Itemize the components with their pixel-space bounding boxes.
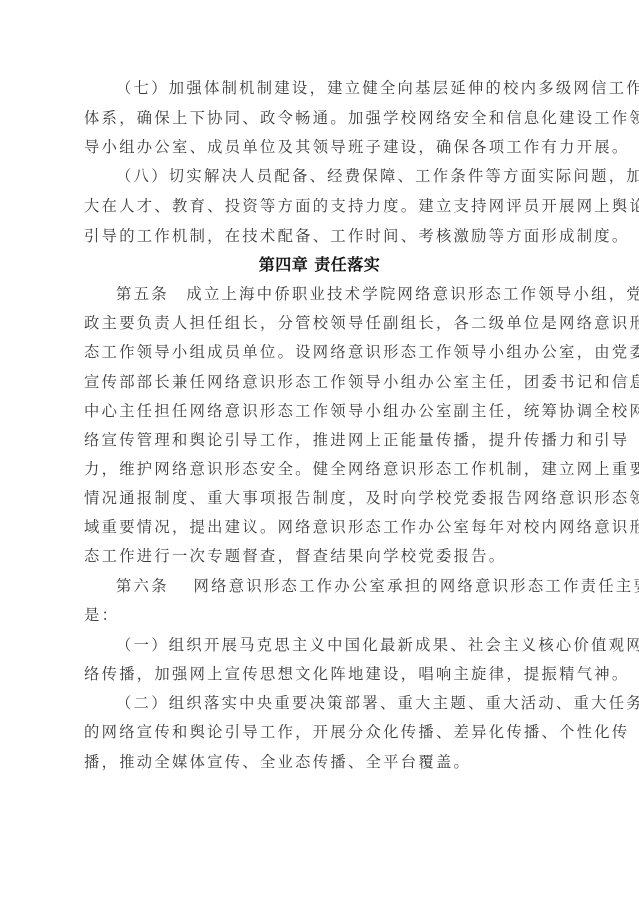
chapter-heading: 第四章 责任落实 bbox=[0, 253, 639, 277]
text-line: 情况通报制度、重大事项报告制度，及时向学校党委报告网络意识形态领 bbox=[84, 486, 564, 510]
text-line: 态工作进行一次专题督查，督查结果向学校党委报告。 bbox=[84, 544, 564, 568]
text-line: 的网络宣传和舆论引导工作，开展分众化传播、差异化传播、个性化传 bbox=[84, 720, 564, 744]
text-line: 中心主任担任网络意识形态工作领导小组办公室副主任，统筹协调全校网 bbox=[84, 399, 564, 423]
text-line: 大在人才、教育、投资等方面的支持力度。建立支持网评员开展网上舆论 bbox=[84, 194, 564, 218]
text-line: （一）组织开展马克思主义中国化最新成果、社会主义核心价值观网 bbox=[116, 633, 564, 657]
text-line: （二）组织落实中央重要决策部署、重大主题、重大活动、重大任务 bbox=[116, 691, 564, 715]
document-page: （七）加强体制机制建设，建立健全向基层延伸的校内多级网信工作 体系，确保上下协同… bbox=[0, 0, 639, 905]
text-line: 播，推动全媒体宣传、全业态传播、全平台覆盖。 bbox=[84, 750, 564, 774]
text-line: 络传播，加强网上宣传思想文化阵地建设，唱响主旋律，提振精气神。 bbox=[84, 662, 564, 686]
text-line: （七）加强体制机制建设，建立健全向基层延伸的校内多级网信工作 bbox=[116, 76, 564, 100]
text-line: 第六条 网络意识形态工作办公室承担的网络意识形态工作责任主要 bbox=[116, 574, 564, 598]
text-line: 力，维护网络意识形态安全。健全网络意识形态工作机制，建立网上重要 bbox=[84, 457, 564, 481]
text-line: 态工作领导小组成员单位。设网络意识形态工作领导小组办公室，由党委 bbox=[84, 340, 564, 364]
text-line: 络宣传管理和舆论引导工作，推进网上正能量传播，提升传播力和引导 bbox=[84, 428, 564, 452]
text-line: 体系，确保上下协同、政令畅通。加强学校网络安全和信息化建设工作领 bbox=[84, 106, 564, 130]
text-line: 是： bbox=[84, 603, 564, 627]
text-line: 第五条 成立上海中侨职业技术学院网络意识形态工作领导小组，党 bbox=[116, 282, 564, 306]
text-line: 宣传部部长兼任网络意识形态工作领导小组办公室主任，团委书记和信息 bbox=[84, 370, 564, 394]
text-line: 引导的工作机制，在技术配备、工作时间、考核激励等方面形成制度。 bbox=[84, 224, 564, 248]
text-line: 域重要情况，提出建议。网络意识形态工作办公室每年对校内网络意识形 bbox=[84, 515, 564, 539]
text-line: （八）切实解决人员配备、经费保障、工作条件等方面实际问题，加 bbox=[116, 164, 564, 188]
text-line: 政主要负责人担任组长，分管校领导任副组长，各二级单位是网络意识形 bbox=[84, 311, 564, 335]
text-line: 导小组办公室、成员单位及其领导班子建设，确保各项工作有力开展。 bbox=[84, 135, 564, 159]
